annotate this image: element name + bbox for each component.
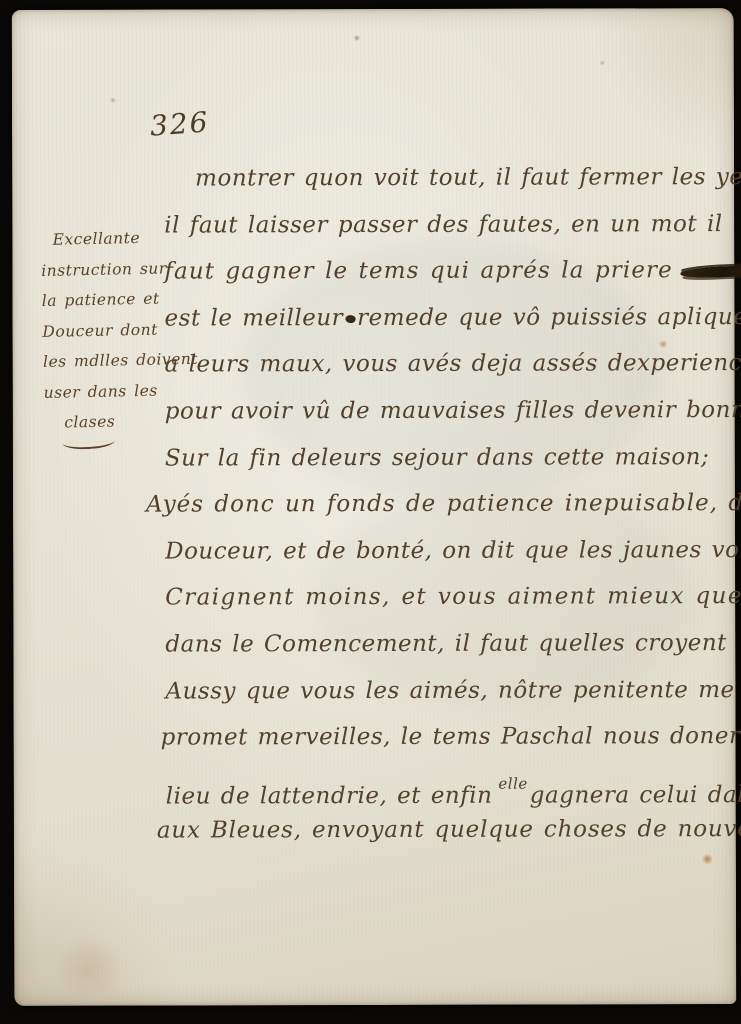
margin-note-line: Douceur dont — [42, 314, 165, 347]
manuscript-line: Douceur, et de bonté, on dit que les jau… — [165, 527, 740, 575]
manuscript-line: faut gagner le tems qui aprés la priere — [164, 247, 739, 295]
manuscript-line-text: faut gagner le tems qui aprés la priere — [164, 257, 673, 284]
paper-stain — [54, 940, 124, 1000]
manuscript-line: a leurs maux, vous avés deja assés dexpe… — [165, 340, 740, 388]
manuscript-line: dans le Comencement, il faut quelles cro… — [165, 620, 740, 668]
manuscript-line: montrer quon voit tout, il faut fermer l… — [195, 154, 739, 202]
manuscript-line: pour avoir vû de mauvaises filles deveni… — [165, 387, 740, 435]
manuscript-line: Craignent moins, et vous aiment mieux qu… — [165, 573, 740, 621]
crossed-out-word — [681, 263, 741, 279]
manuscript-line: Ayés donc un fonds de patience inepuisab… — [146, 480, 740, 528]
margin-note: Excellante instruction sur la patience e… — [40, 223, 166, 450]
manuscript-line: Aussy que vous les aimés, nôtre penitent… — [165, 667, 740, 715]
ink-blot — [344, 314, 356, 325]
margin-note-line: les mdlles doivent — [43, 344, 166, 377]
manuscript-line-text: lieu de lattendrie, et enfin — [166, 782, 493, 809]
manuscript-page: 326 Excellante instruction sur la patien… — [12, 8, 737, 1006]
manuscript-line: promet merveilles, le tems Paschal nous … — [161, 713, 741, 761]
manuscript-line: il faut laisser passer des fautes, en un… — [164, 201, 739, 249]
manuscript-line: Sur la fin deleurs sejour dans cette mai… — [165, 434, 740, 482]
manuscript-line: est le meilleurremede que vô puissiés ap… — [164, 294, 739, 342]
paper-stain — [702, 854, 713, 864]
interlinear-insertion: elle — [498, 774, 527, 792]
manuscript-line-text: est le meilleur — [164, 305, 343, 331]
paper-stain — [600, 60, 605, 65]
paper-stain — [354, 35, 360, 41]
paper-stain — [110, 98, 116, 103]
margin-note-line: Excellante — [52, 223, 163, 256]
manuscript-line-text: gagnera celui daller — [530, 782, 741, 809]
margin-note-line: clases — [64, 405, 167, 438]
manuscript-line: aux Bleues, envoyant quelque choses de n… — [157, 806, 741, 854]
margin-note-underline — [63, 440, 115, 450]
page-number: 326 — [149, 105, 211, 142]
margin-note-line: instruction sur — [41, 253, 164, 286]
manuscript-text: montrer quon voit tout, il faut fermer l… — [164, 154, 741, 854]
margin-note-line: la patience et — [42, 283, 165, 316]
manuscript-line-text: remede que vô puissiés apliquer — [357, 304, 741, 331]
photo-background: 326 Excellante instruction sur la patien… — [0, 0, 741, 1024]
manuscript-line: lieu de lattendrie, et enfinellegagnera … — [166, 760, 741, 808]
margin-note-line: user dans les — [43, 375, 166, 408]
